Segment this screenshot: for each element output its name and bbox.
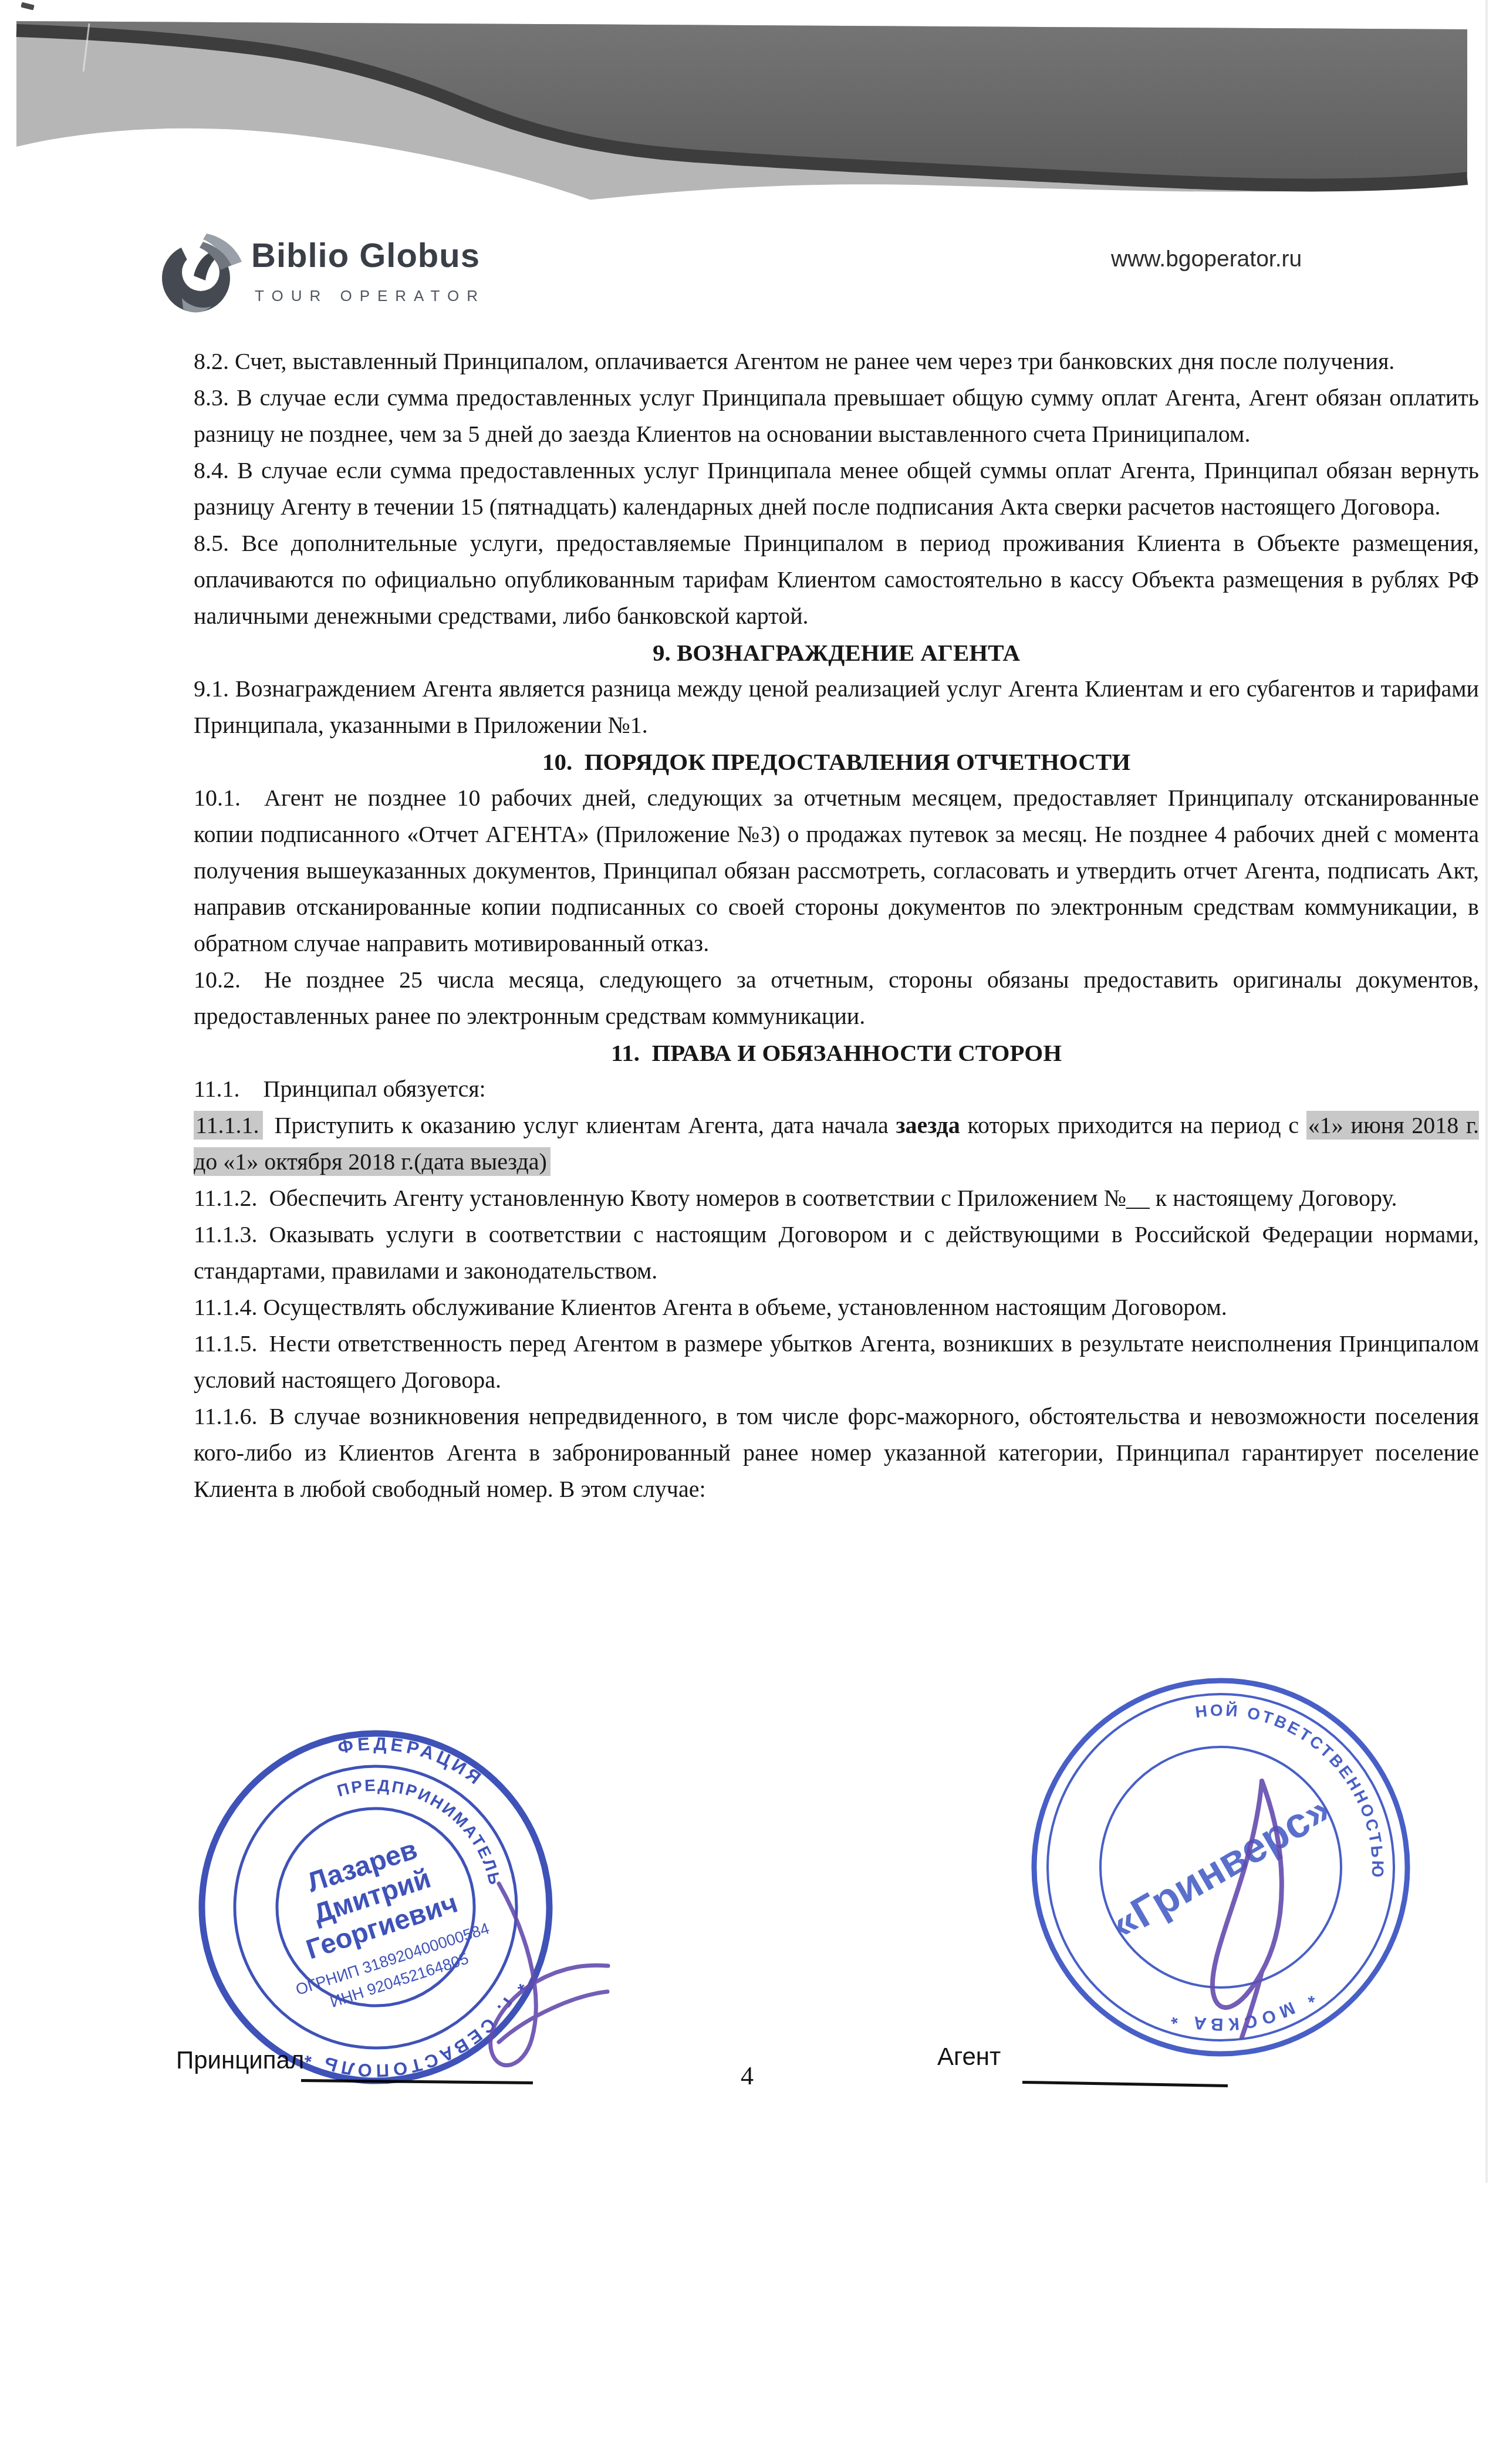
principal-stamp: РОССИЙСКАЯ ФЕДЕРАЦИЯ * г. СЕВАСТОПОЛЬ * … — [170, 1713, 622, 2136]
agent-stamp: ОБЩЕСТВО С ОГРАНИЧЕННОЙ ОТВЕТСТВЕННОСТЬЮ… — [1005, 1661, 1439, 2083]
clause-11-1-2: 11.1.2. Обеспечить Агенту установленную … — [194, 1180, 1479, 1216]
clause-11-1-1-text-b: которых приходится на период с — [960, 1112, 1306, 1138]
section-heading-10: 10. ПОРЯДОК ПРЕДОСТАВЛЕНИЯ ОТЧЕТНОСТИ — [194, 743, 1479, 780]
page-number: 4 — [727, 2061, 768, 2091]
stamp-company-name: «Гринверс» — [1103, 1786, 1338, 1949]
scanned-contract-page: Biblio Globus TOUR OPERATOR www.bgoperat… — [0, 0, 1496, 2464]
clause-11-1-5: 11.1.5. Нести ответственность перед Аген… — [194, 1326, 1479, 1398]
clause-11-1: 11.1. Принципал обязуется: — [194, 1071, 1479, 1107]
document-body: 8.2. Счет, выставленный Принципалом, опл… — [194, 343, 1479, 1508]
clause-11-1-1-bold-word: заезда — [896, 1112, 960, 1138]
clause-8-5: 8.5. Все дополнительные услуги, предоста… — [194, 525, 1479, 634]
clause-11-1-1: 11.1.1. Приступить к оказанию услуг клие… — [194, 1107, 1479, 1180]
header-banner — [0, 0, 1496, 223]
agent-label: Агент — [937, 2043, 1001, 2071]
section-heading-9: 9. ВОЗНАГРАЖДЕНИЕ АГЕНТА — [194, 634, 1479, 671]
clause-11-1-3: 11.1.3. Оказывать услуги в соответствии … — [194, 1216, 1479, 1289]
brand-tagline: TOUR OPERATOR — [255, 287, 485, 305]
clause-8-2: 8.2. Счет, выставленный Принципалом, опл… — [194, 343, 1479, 380]
clause-8-4: 8.4. В случае если сумма предоставленных… — [194, 452, 1479, 525]
clause-10-1: 10.1. Агент не позднее 10 рабочих дней, … — [194, 780, 1479, 962]
biblio-globus-logo-icon — [155, 229, 246, 320]
clause-8-3: 8.3. В случае если сумма предоставленных… — [194, 380, 1479, 452]
highlight-clause-number: 11.1.1. — [194, 1111, 263, 1140]
clause-9-1: 9.1. Вознаграждением Агента является раз… — [194, 671, 1479, 743]
clause-10-2: 10.2. Не позднее 25 числа месяца, следую… — [194, 962, 1479, 1035]
scan-edge-line — [1485, 0, 1488, 2183]
section-heading-11: 11. ПРАВА И ОБЯЗАННОСТИ СТОРОН — [194, 1035, 1479, 1071]
clause-11-1-6: 11.1.6. В случае возникновения непредвид… — [194, 1398, 1479, 1508]
clause-11-1-4: 11.1.4. Осуществлять обслуживание Клиент… — [194, 1289, 1479, 1326]
brand-text: Biblio Globus — [251, 236, 480, 275]
clause-11-1-1-text-a: Приступить к оказанию услуг клиентам Аге… — [263, 1112, 896, 1138]
site-url: www.bgoperator.ru — [1111, 246, 1302, 272]
